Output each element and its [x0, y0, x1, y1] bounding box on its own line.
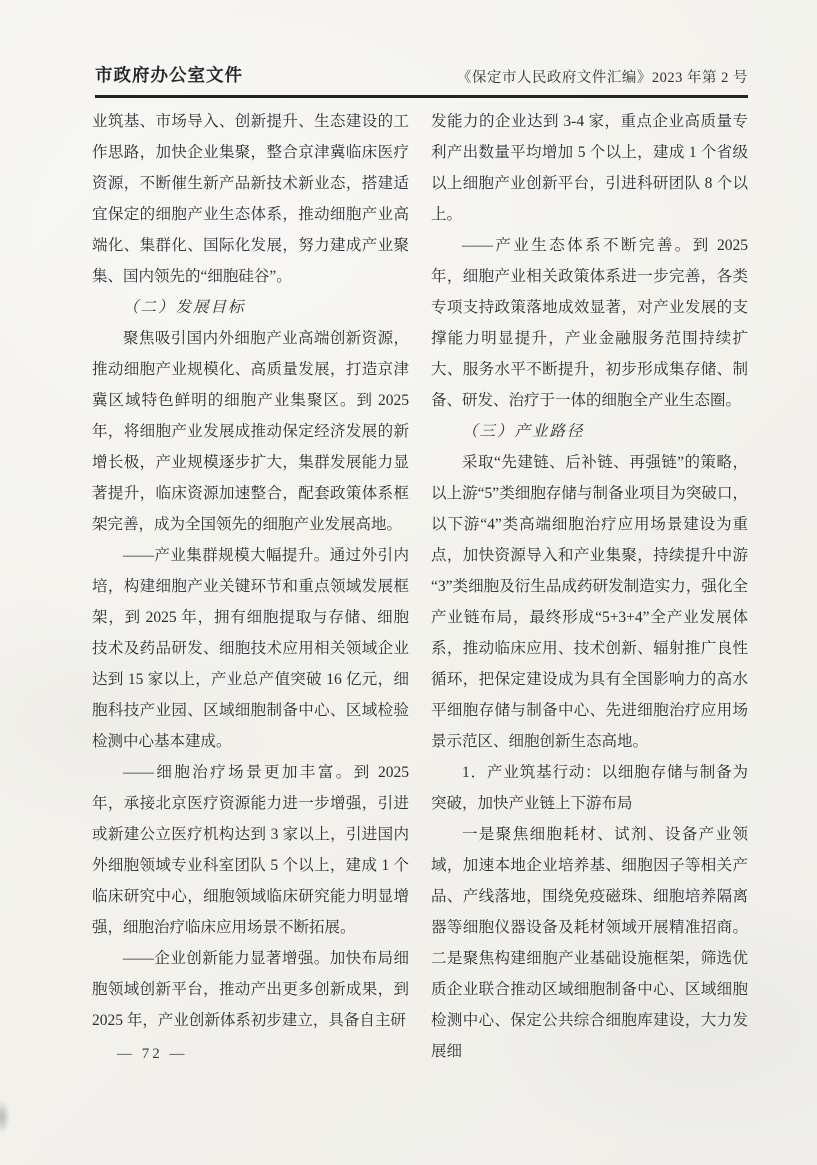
paragraph: ——产业集群规模大幅提升。通过外引内培，构建细胞产业关键环节和重点领域发展框架，… — [92, 540, 409, 757]
document-page: 市政府办公室文件 《保定市人民政府文件汇编》2023 年第 2 号 业筑基、市场… — [0, 0, 817, 1165]
two-column-text-body: 业筑基、市场导入、创新提升、生态建设的工作思路，加快企业集聚，整合京津冀临床医疗… — [92, 106, 748, 1067]
right-column: 发能力的企业达到 3-4 家，重点企业高质量专利产出数量平均增加 5 个以上，建… — [431, 106, 748, 1067]
paragraph: 聚焦吸引国内外细胞产业高端创新资源，推动细胞产业规模化、高质量发展，打造京津冀区… — [92, 323, 409, 540]
paragraph: ——产业生态体系不断完善。到 2025 年，细胞产业相关政策体系进一步完善，各类… — [431, 230, 748, 416]
header-compilation-title: 《保定市人民政府文件汇编》2023 年第 2 号 — [457, 66, 748, 87]
paragraph: ——细胞治疗场景更加丰富。到 2025 年，承接北京医疗资源能力进一步增强，引进… — [92, 757, 409, 943]
paragraph: 采取“先建链、后补链、再强链”的策略，以上游“5”类细胞存储与制备业项目为突破口… — [431, 447, 748, 757]
page-number: — 72 — — [117, 1046, 188, 1063]
scan-artifact-smudge — [0, 1100, 10, 1134]
paragraph: 1．产业筑基行动：以细胞存储与制备为突破，加快产业链上下游布局 — [431, 757, 748, 819]
page-header: 市政府办公室文件 《保定市人民政府文件汇编》2023 年第 2 号 — [95, 62, 748, 98]
section-heading: （二）发展目标 — [92, 292, 409, 323]
paragraph: 发能力的企业达到 3-4 家，重点企业高质量专利产出数量平均增加 5 个以上，建… — [431, 106, 748, 230]
section-heading: （三）产业路径 — [431, 416, 748, 447]
paragraph: 业筑基、市场导入、创新提升、生态建设的工作思路，加快企业集聚，整合京津冀临床医疗… — [92, 106, 409, 292]
header-doc-category: 市政府办公室文件 — [95, 62, 243, 87]
paragraph: ——企业创新能力显著增强。加快布局细胞领域创新平台，推动产出更多创新成果，到 2… — [92, 943, 409, 1036]
left-column: 业筑基、市场导入、创新提升、生态建设的工作思路，加快企业集聚，整合京津冀临床医疗… — [92, 106, 409, 1067]
paragraph: 一是聚焦细胞耗材、试剂、设备产业领域，加速本地企业培养基、细胞因子等相关产品、产… — [431, 819, 748, 1067]
